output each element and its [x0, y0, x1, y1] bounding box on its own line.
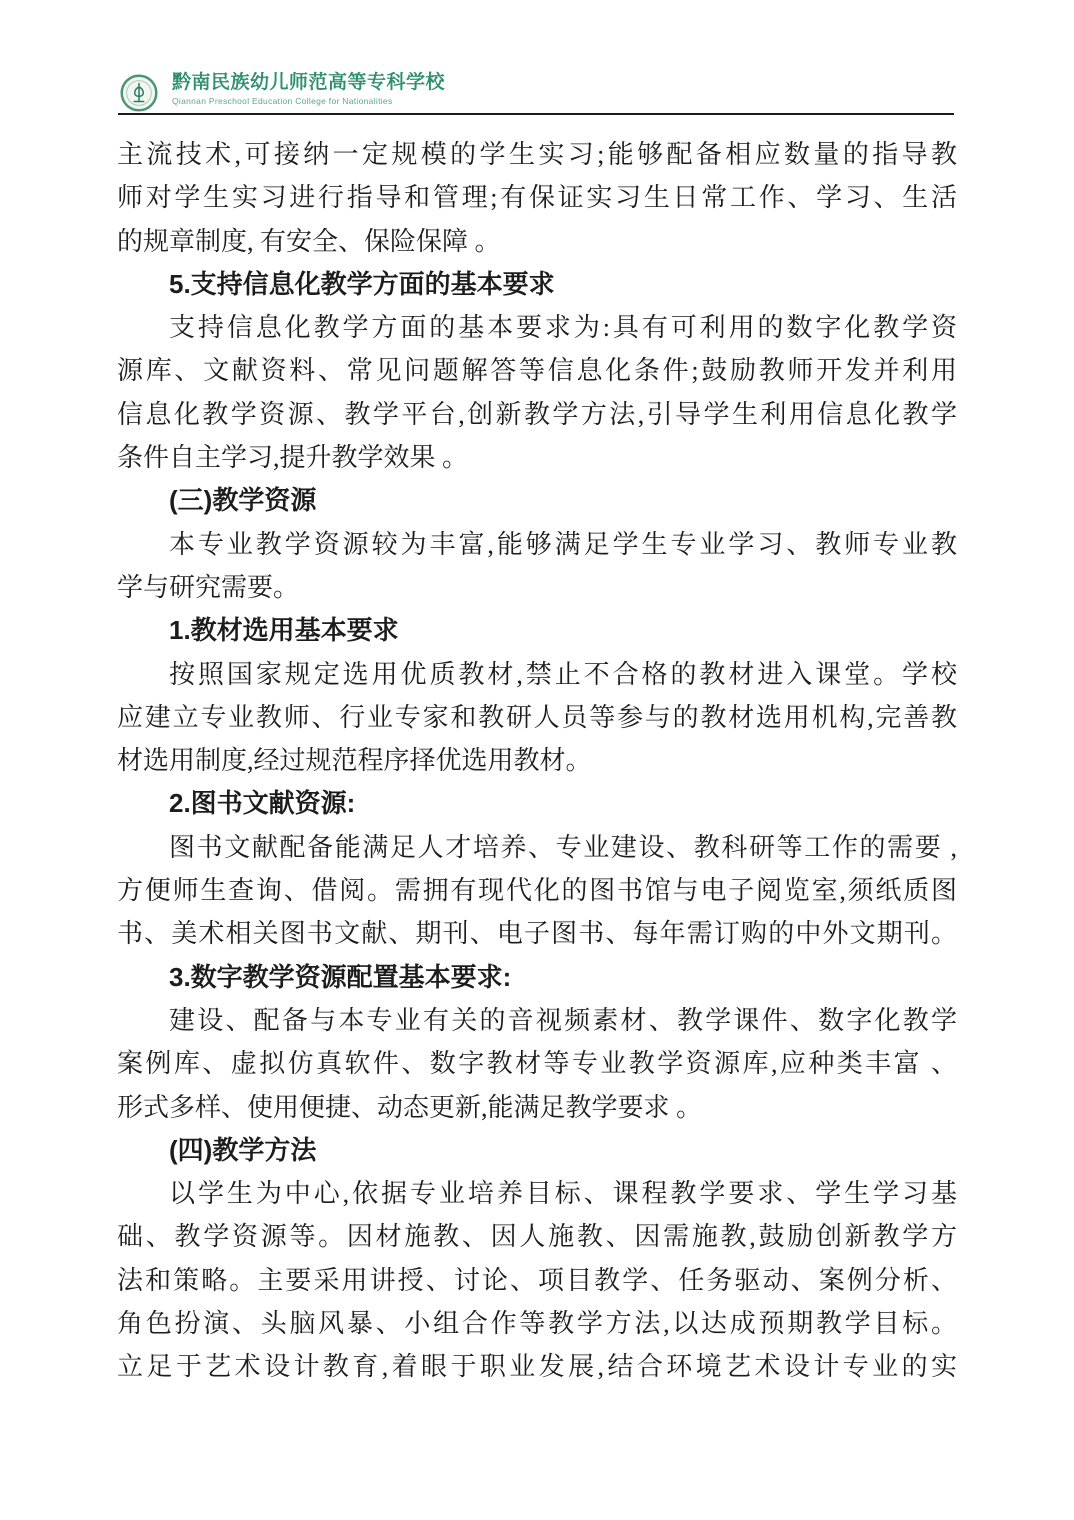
doc-line: 书、美术相关图书文献、期刊、电子图书、每年需订购的中外文期刊。	[117, 912, 957, 955]
document-page: 黔南民族幼儿师范高等专科学校 Qiannan Preschool Educati…	[0, 0, 1074, 1520]
header-divider	[118, 113, 954, 115]
college-name-chinese: 黔南民族幼儿师范高等专科学校	[172, 72, 445, 94]
doc-line: 以学生为中心,依据专业培养目标、课程教学要求、学生学习基	[117, 1172, 957, 1215]
doc-line: 按照国家规定选用优质教材,禁止不合格的教材进入课堂。学校	[117, 653, 957, 696]
doc-line: 条件自主学习,提升教学效果 。	[117, 436, 957, 479]
section-heading: 5.支持信息化教学方面的基本要求	[117, 263, 957, 306]
doc-line: 角色扮演、头脑风暴、小组合作等教学方法,以达成预期教学目标。	[117, 1302, 957, 1345]
doc-line: 建设、配备与本专业有关的音视频素材、教学课件、数字化教学	[117, 999, 957, 1042]
doc-line: 师对学生实习进行指导和管理;有保证实习生日常工作、学习、生活	[117, 176, 957, 219]
letterhead-brand: 黔南民族幼儿师范高等专科学校 Qiannan Preschool Educati…	[172, 72, 445, 106]
doc-line: 学与研究需要。	[117, 566, 957, 609]
document-content: 主流技术,可接纳一定规模的学生实习;能够配备相应数量的指导教师对学生实习进行指导…	[117, 133, 957, 1389]
doc-line: 方便师生查询、借阅。需拥有现代化的图书馆与电子阅览室,须纸质图	[117, 869, 957, 912]
doc-line: 图书文献配备能满足人才培养、专业建设、教科研等工作的需要 ,	[117, 826, 957, 869]
doc-line: 本专业教学资源较为丰富,能够满足学生专业学习、教师专业教	[117, 523, 957, 566]
college-name-english: Qiannan Preschool Education College for …	[172, 96, 445, 106]
section-heading: (三)教学资源	[117, 479, 957, 522]
section-heading: 2.图书文献资源:	[117, 782, 957, 825]
doc-line: 的规章制度, 有安全、保险保障 。	[117, 220, 957, 263]
doc-line: 础、教学资源等。因材施教、因人施教、因需施教,鼓励创新教学方	[117, 1215, 957, 1258]
doc-line: 案例库、虚拟仿真软件、数字教材等专业教学资源库,应种类丰富 、	[117, 1042, 957, 1085]
doc-line: 法和策略。主要采用讲授、讨论、项目教学、任务驱动、案例分析、	[117, 1259, 957, 1302]
doc-line: 源库、文献资料、常见问题解答等信息化条件;鼓励教师开发并利用	[117, 349, 957, 392]
college-logo-icon	[120, 74, 158, 112]
doc-line: 信息化教学资源、教学平台,创新教学方法,引导学生利用信息化教学	[117, 393, 957, 436]
doc-line: 立足于艺术设计教育,着眼于职业发展,结合环境艺术设计专业的实	[117, 1345, 957, 1388]
doc-line: 形式多样、使用便捷、动态更新,能满足教学要求 。	[117, 1086, 957, 1129]
doc-line: 支持信息化教学方面的基本要求为:具有可利用的数字化教学资	[117, 306, 957, 349]
section-heading: 3.数字教学资源配置基本要求:	[117, 956, 957, 999]
letterhead: 黔南民族幼儿师范高等专科学校 Qiannan Preschool Educati…	[120, 72, 445, 112]
section-heading: (四)教学方法	[117, 1129, 957, 1172]
doc-line: 材选用制度,经过规范程序择优选用教材。	[117, 739, 957, 782]
doc-line: 应建立专业教师、行业专家和教研人员等参与的教材选用机构,完善教	[117, 696, 957, 739]
doc-line: 主流技术,可接纳一定规模的学生实习;能够配备相应数量的指导教	[117, 133, 957, 176]
section-heading: 1.教材选用基本要求	[117, 609, 957, 652]
